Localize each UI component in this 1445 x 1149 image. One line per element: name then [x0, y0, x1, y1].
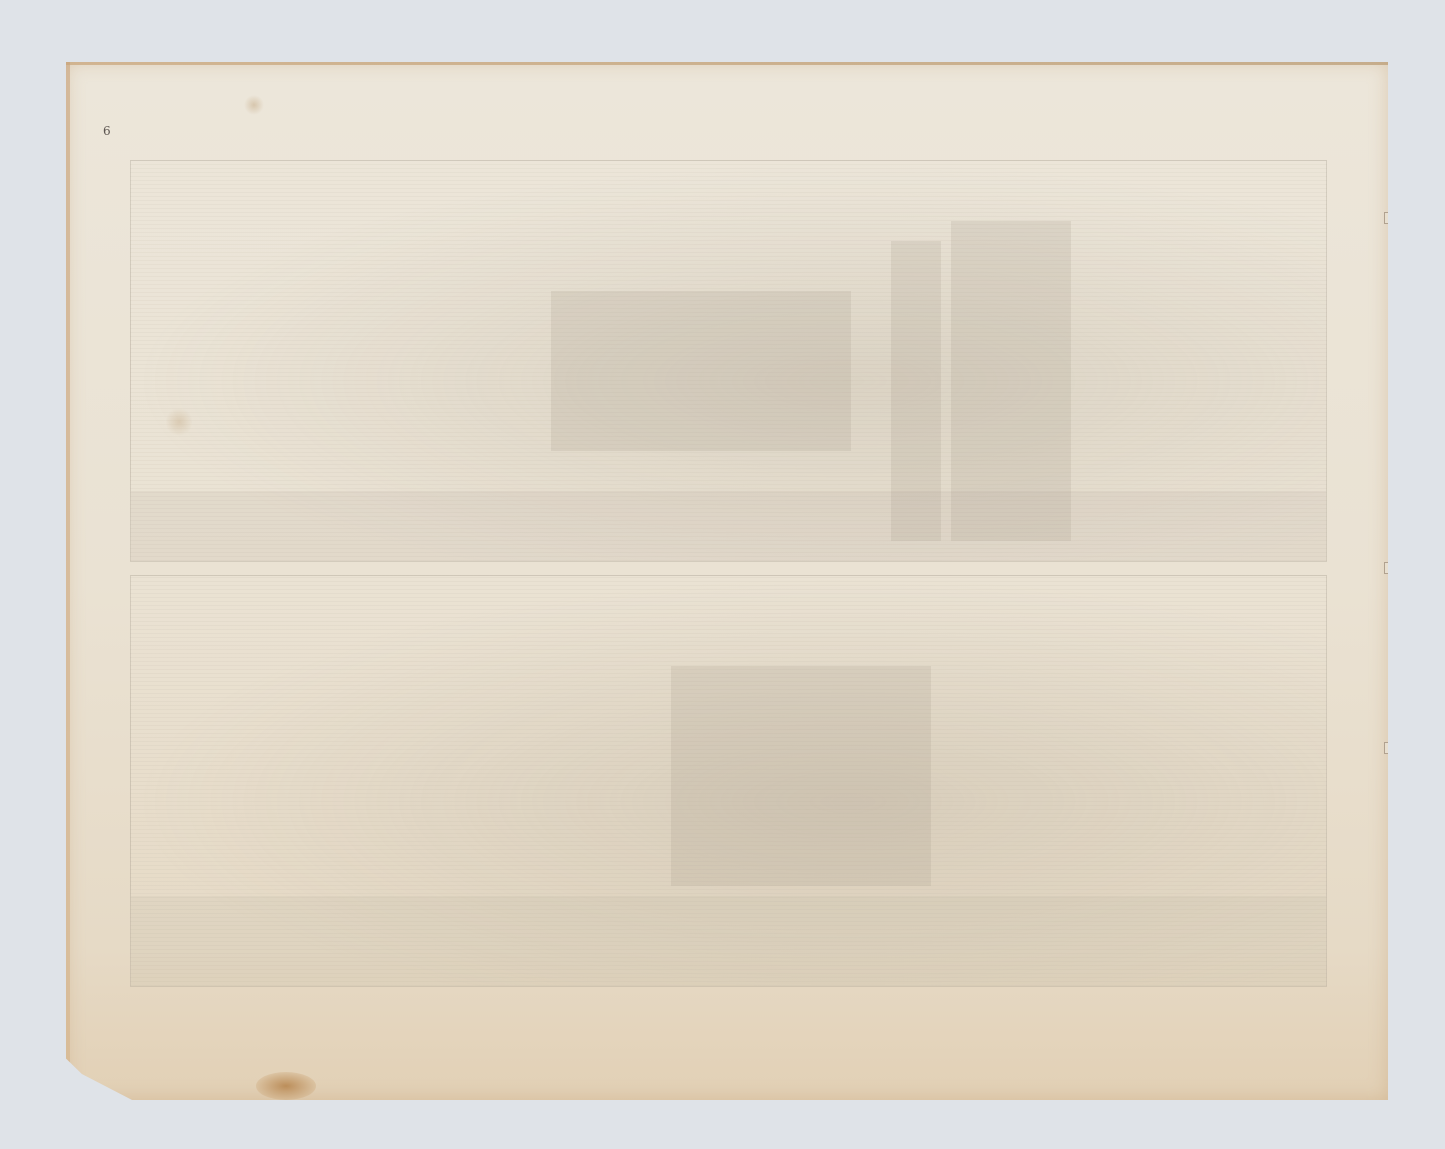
foxing-spot-top: [244, 95, 264, 115]
upper-engraving-bleed-through: [130, 160, 1327, 562]
water-stain-bottom: [256, 1072, 316, 1100]
edge-tear: [1384, 212, 1394, 224]
ghost-building-left: [551, 291, 851, 451]
ghost-domed-building: [671, 666, 931, 886]
ghost-foreground: [131, 491, 1326, 561]
edge-tear: [1384, 742, 1394, 754]
lower-engraving-bleed-through: [130, 575, 1327, 987]
sheet-top-edge: [66, 62, 1388, 65]
paper-sheet: 6: [66, 62, 1388, 1100]
ghost-ground: [131, 896, 1326, 986]
pencil-mark: 6: [103, 124, 111, 138]
sheet-left-edge: [66, 62, 70, 1100]
edge-tear: [1384, 562, 1394, 574]
foxing-spot-left: [166, 407, 192, 437]
